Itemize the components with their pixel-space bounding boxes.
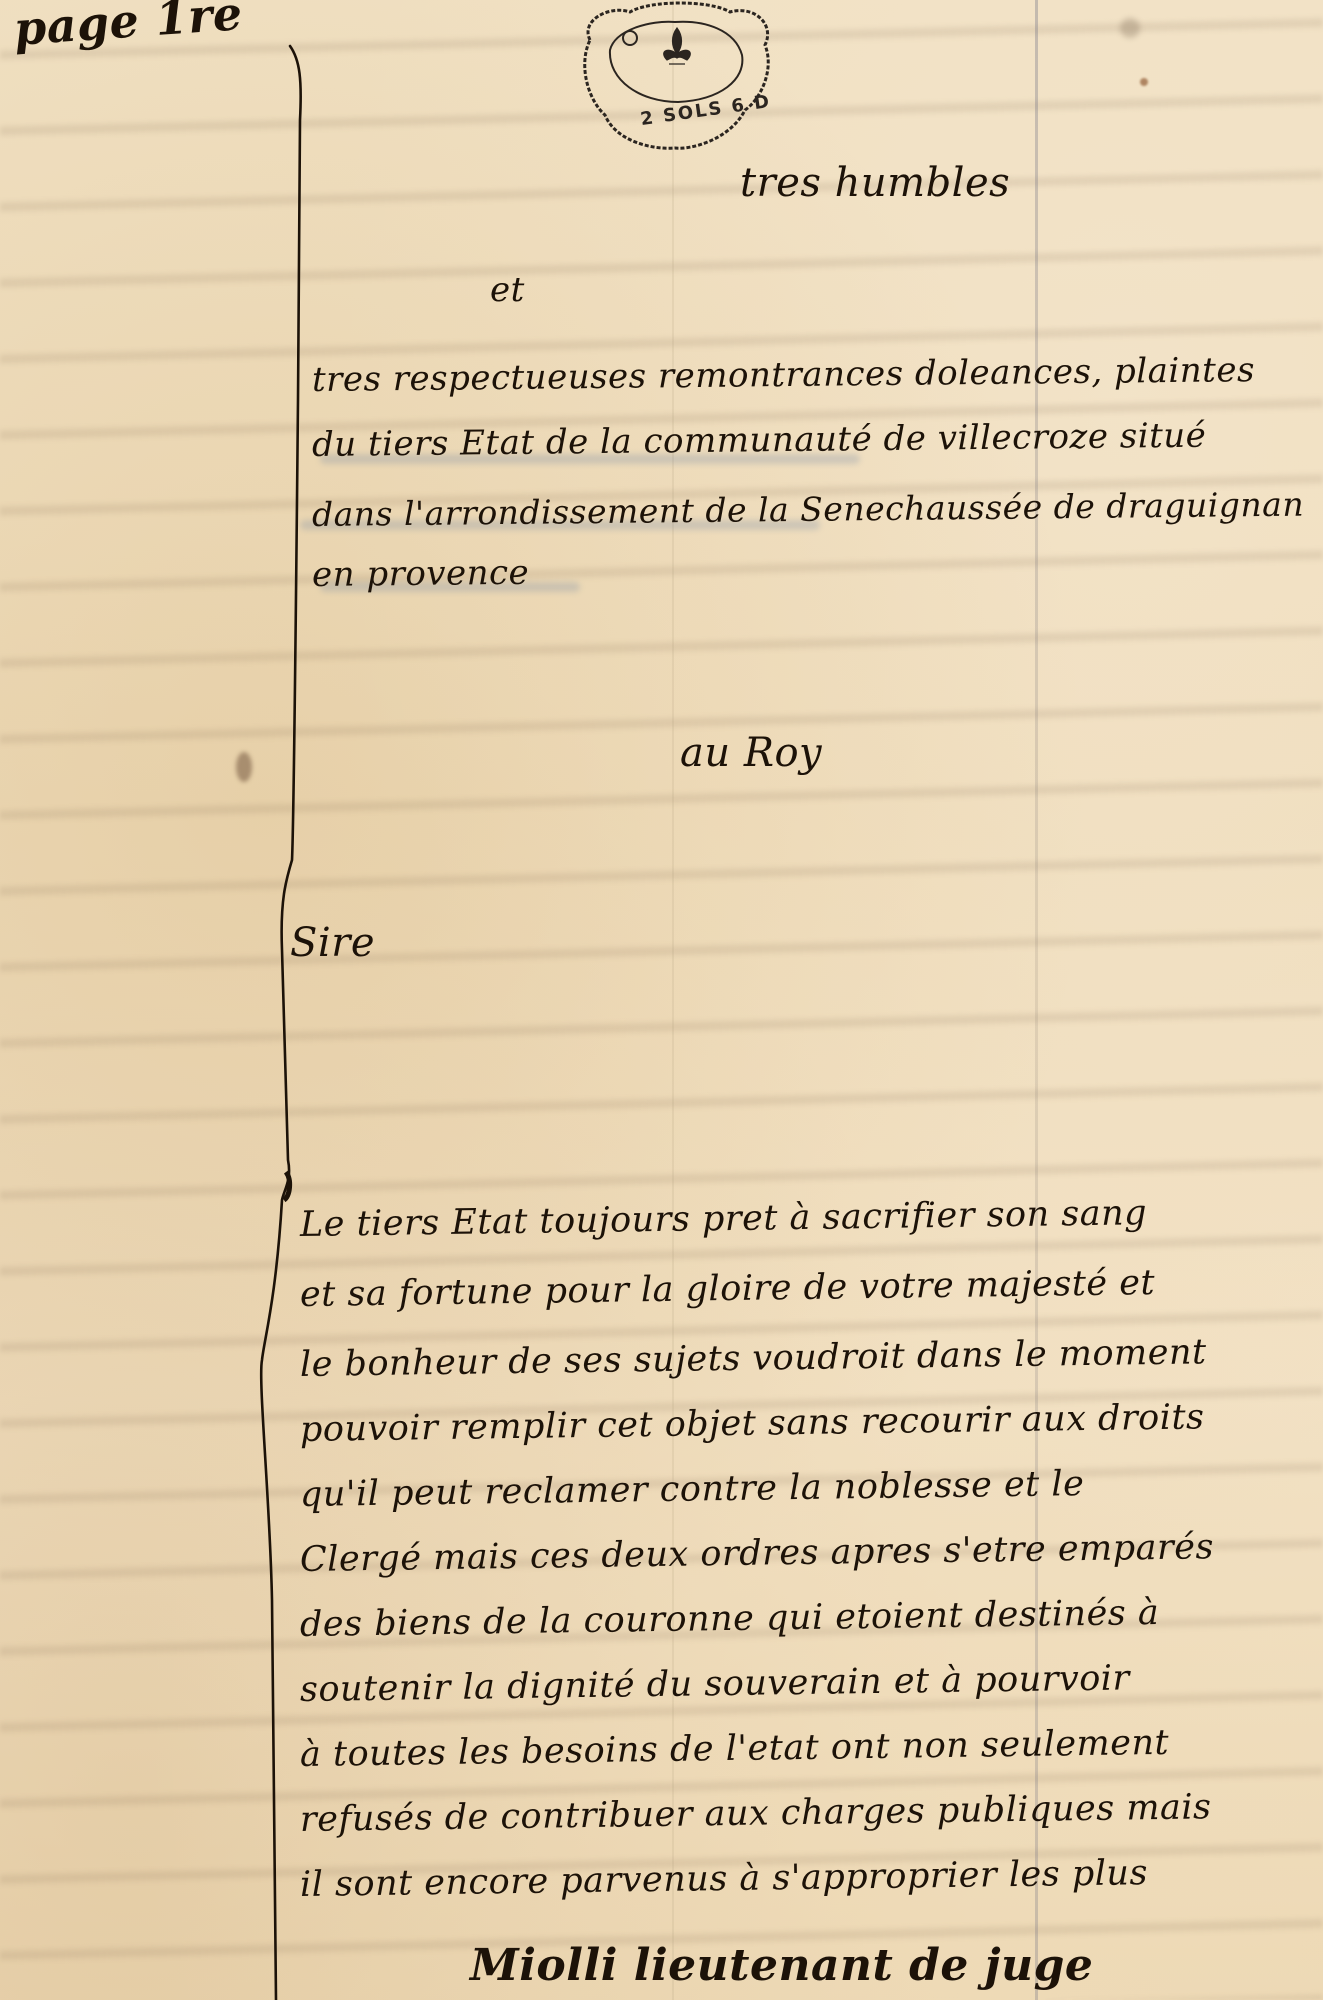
fleur-de-lis-icon: [664, 28, 691, 64]
title-line-1: tres humbles: [740, 160, 1010, 206]
tax-stamp: [570, 0, 785, 160]
signature: Miolli lieutenant de juge: [470, 1940, 1093, 1991]
heading-line: en provence: [312, 553, 530, 595]
address-line: au Roy: [680, 730, 822, 776]
title-line-2: et: [490, 270, 525, 310]
salutation: Sire: [290, 920, 375, 966]
